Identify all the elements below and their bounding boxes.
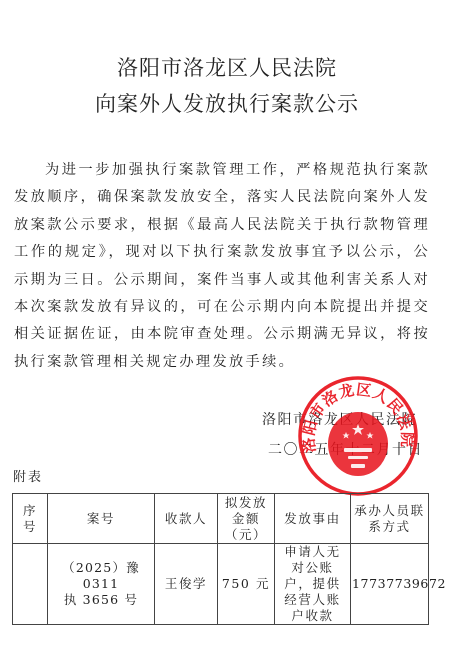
cell-case-number: （2025）豫 0311 执 3656 号 [48, 544, 155, 625]
cell-payee: 王俊学 [155, 544, 218, 625]
appendix-label: 附表 [13, 466, 43, 485]
signature-court: 洛阳市洛龙区人民法院 [262, 409, 417, 429]
header-index: 序号 [13, 494, 48, 544]
notice-body: 为进一步加强执行案款管理工作，严格规范执行案款发放顺序，确保案款发放安全，落实人… [14, 157, 430, 376]
case-number-line: 执 3656 号 [51, 592, 151, 608]
header-reason: 发放事由 [275, 494, 351, 544]
header-amount-line: （元） [221, 527, 271, 543]
cell-contact: 17737739672 [351, 544, 429, 625]
cell-amount: 750 元 [218, 544, 275, 625]
header-amount: 拟发放 金额 （元） [218, 494, 275, 544]
header-contact-line: 承办人员联 [354, 503, 425, 519]
case-number-line: （2025）豫 0311 [51, 560, 151, 592]
header-amount-line: 金额 [221, 511, 271, 527]
notice-title: 向案外人发放执行案款公示 [0, 88, 454, 118]
header-amount-line: 拟发放 [221, 495, 271, 511]
court-seal-icon: 洛阳市洛龙区人民法院 [296, 374, 420, 498]
cell-reason: 申请人无对公账户，提供经营人账户收款 [275, 544, 351, 625]
payment-table: 序号 案号 收款人 拟发放 金额 （元） 发放事由 承办人员联 系方式 （202… [12, 493, 429, 625]
signature-date: 二〇二五年十二月十日 [268, 439, 423, 459]
cell-index [13, 544, 48, 625]
court-title: 洛阳市洛龙区人民法院 [0, 52, 454, 82]
table-row: （2025）豫 0311 执 3656 号 王俊学 750 元 申请人无对公账户… [13, 544, 429, 625]
header-payee: 收款人 [155, 494, 218, 544]
header-contact-line: 系方式 [354, 519, 425, 535]
table-header-row: 序号 案号 收款人 拟发放 金额 （元） 发放事由 承办人员联 系方式 [13, 494, 429, 544]
header-case-number: 案号 [48, 494, 155, 544]
header-contact: 承办人员联 系方式 [351, 494, 429, 544]
